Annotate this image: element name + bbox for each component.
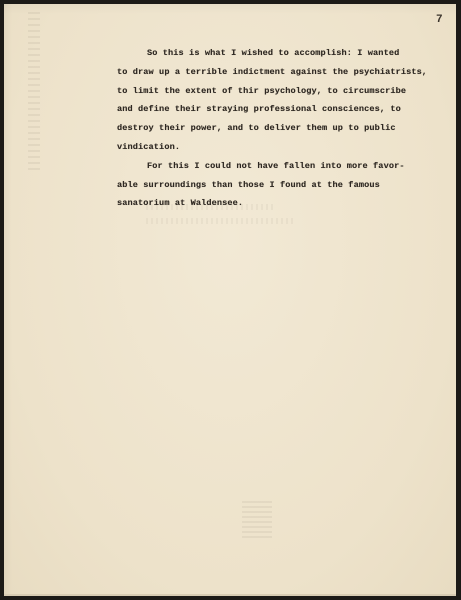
text-line: to draw up a terrible indictment against… (117, 63, 437, 82)
typescript-page: 7 So this is what I wished to accomplish… (4, 4, 456, 596)
text-line: So this is what I wished to accomplish: … (117, 44, 437, 63)
paragraph-2: For this I could not have fallen into mo… (117, 157, 437, 213)
typescript-body: So this is what I wished to accomplish: … (117, 44, 437, 213)
text-line: able surroundings than those I found at … (117, 176, 437, 195)
text-line: and define their straying professional c… (117, 100, 437, 119)
bleed-through-mark (242, 501, 272, 541)
text-line: to limit the extent of thir psychology, … (117, 82, 437, 101)
page-number: 7 (436, 14, 443, 26)
paragraph-1: So this is what I wished to accomplish: … (117, 44, 437, 157)
bleed-through-mark (146, 218, 296, 224)
text-line: sanatorium at Waldensee. (117, 194, 437, 213)
text-line: For this I could not have fallen into mo… (117, 157, 437, 176)
text-line: vindication. (117, 138, 437, 157)
text-line: destroy their power, and to deliver them… (117, 119, 437, 138)
bleed-through-mark (28, 12, 40, 172)
scan-frame: 7 So this is what I wished to accomplish… (0, 0, 461, 600)
